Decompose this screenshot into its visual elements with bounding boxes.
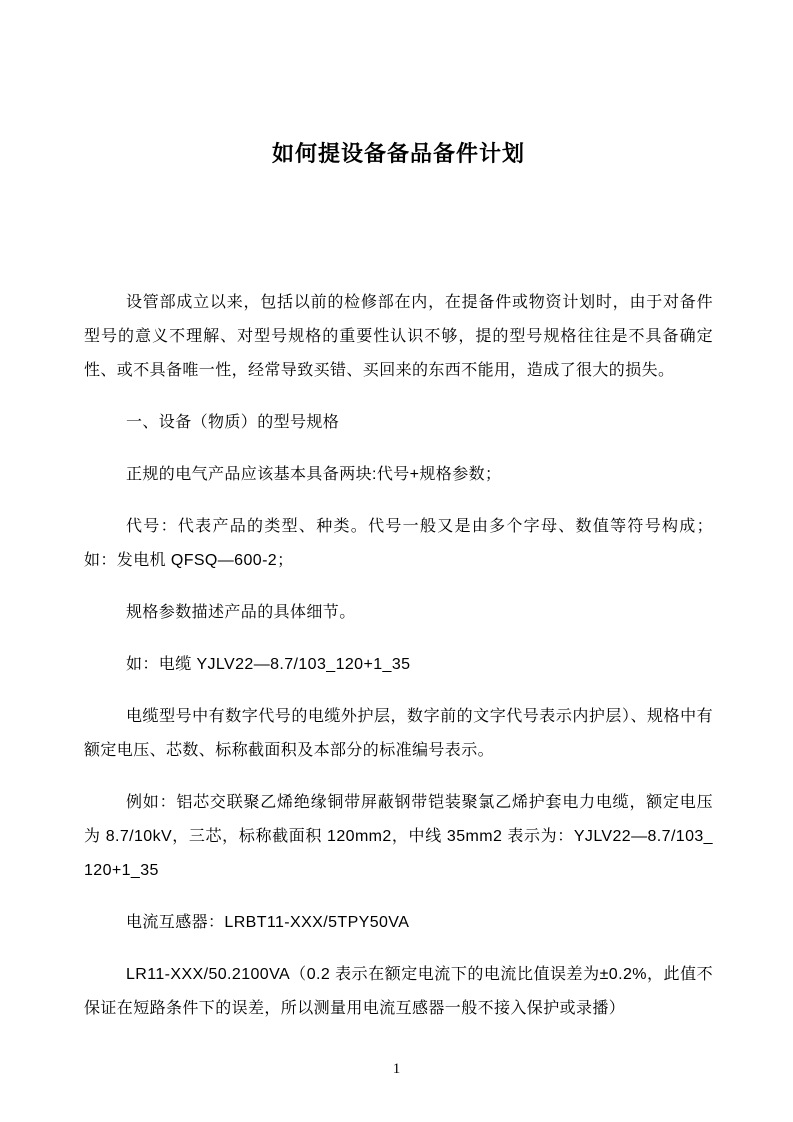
paragraph: 电缆型号中有数字代号的电缆外护层，数字前的文字代号表示内护层）、规格中有额定电压… [84, 700, 713, 768]
paragraph: 正规的电气产品应该基本具备两块:代号+规格参数； [84, 458, 713, 492]
paragraph: LR11-XXX/50.2100VA（0.2 表示在额定电流下的电流比值误差为±… [84, 958, 713, 1026]
document-title: 如何提设备备品备件计划 [84, 138, 713, 170]
paragraph: 电流互感器：LRBT11-XXX/5TPY50VA [84, 906, 713, 940]
paragraph-intro: 设管部成立以来，包括以前的检修部在内，在提备件或物资计划时，由于对备件型号的意义… [84, 286, 713, 388]
paragraph: 代号：代表产品的类型、种类。代号一般又是由多个字母、数值等符号构成；如：发电机 … [84, 510, 713, 578]
paragraph: 例如：铝芯交联聚乙烯绝缘铜带屏蔽钢带铠装聚氯乙烯护套电力电缆，额定电压为 8.7… [84, 786, 713, 888]
paragraph: 如：电缆 YJLV22—8.7/103_120+1_35 [84, 648, 713, 682]
document-content: 如何提设备备品备件计划 设管部成立以来，包括以前的检修部在内，在提备件或物资计划… [0, 0, 793, 1026]
paragraph: 规格参数描述产品的具体细节。 [84, 596, 713, 630]
document-page: 如何提设备备品备件计划 设管部成立以来，包括以前的检修部在内，在提备件或物资计划… [0, 0, 793, 1122]
page-number: 1 [0, 1060, 793, 1078]
section-heading: 一、设备（物质）的型号规格 [84, 406, 713, 440]
